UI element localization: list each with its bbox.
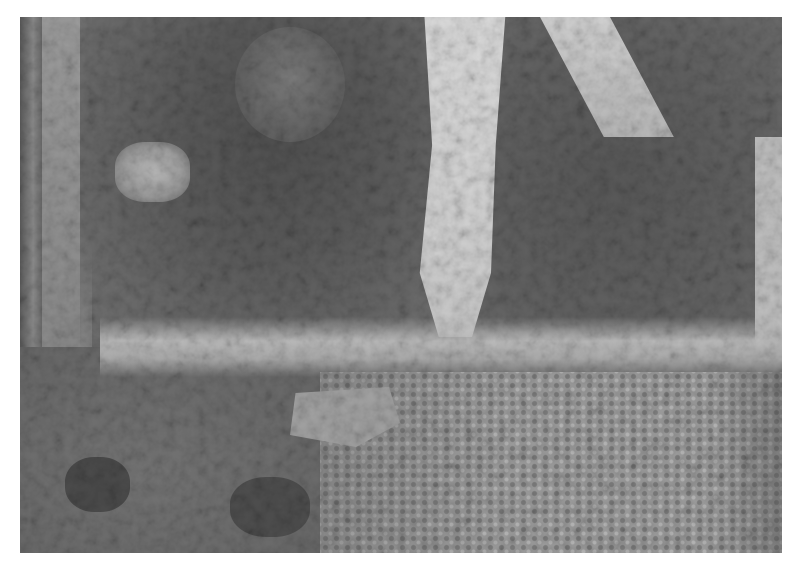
grain-texture <box>20 17 782 553</box>
mural-photograph <box>20 17 782 553</box>
